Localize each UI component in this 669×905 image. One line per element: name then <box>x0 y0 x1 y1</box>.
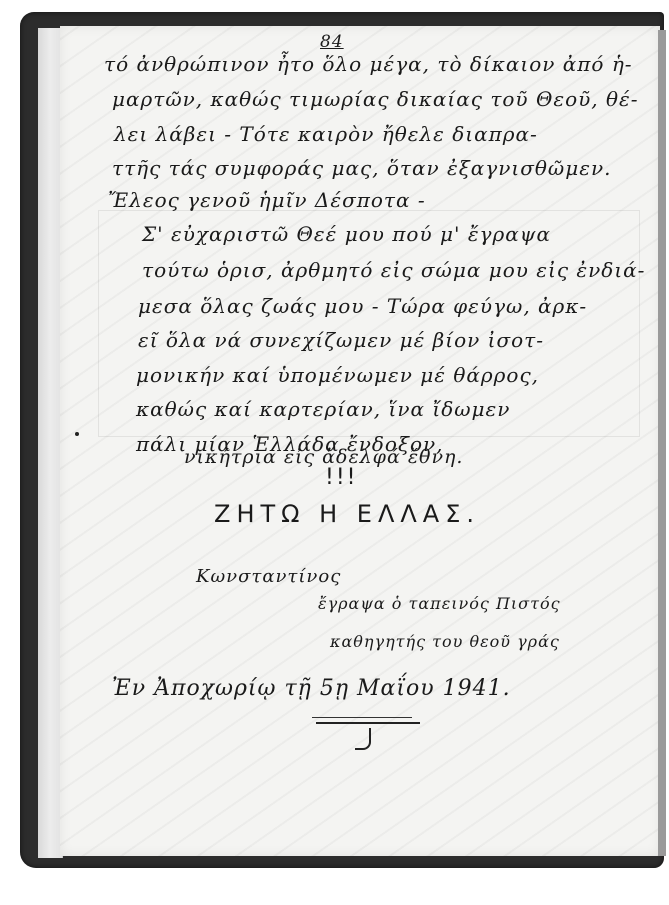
body-line: μαρτῶν, καθώς τιμωρίας δικαίας τοῦ Θεοῦ,… <box>112 87 639 111</box>
body-line: νικήτρια εἰς ἀδελφά ἔθνη. <box>184 446 463 468</box>
body-line: Σ' εὐχαριστῶ Θεέ μου πού μ' ἔγραψα <box>142 222 551 246</box>
signature-line-1: ἔγραψα ὁ ταπεινός Πιστός <box>318 594 561 613</box>
closing-flourish <box>355 728 371 750</box>
closing-rule <box>312 717 412 718</box>
body-line: μονικήν καί ὑπομένωμεν μέ θάρρος, <box>136 363 539 387</box>
page-edge <box>658 30 666 856</box>
body-line: Ἔλεος γενοῦ ἡμῖν Δέσποτα - <box>108 188 426 212</box>
exclamation-marks: !!! <box>325 465 357 490</box>
body-line: τούτω ὁρισ, ἀρθμητό εἰς σώμα μου εἰς ἐνδ… <box>142 258 645 282</box>
body-line: καθώς καί καρτερίαν, ἵνα ἴδωμεν <box>136 397 510 421</box>
page-number: 84 <box>320 32 344 52</box>
signature-line-2: καθηγητής του θεοῦ γράς <box>330 632 560 651</box>
ink-dot <box>75 432 79 436</box>
body-line: εῖ ὅλα νά συνεχίζωμεν μέ βίον ἰσοτ- <box>138 328 544 352</box>
body-line: τό ἀνθρώπινον ἦτο ὅλο μέγα, τὸ δίκαιον ἀ… <box>104 52 633 76</box>
place-and-date: Ἐν Ἀποχωρίῳ τῇ 5ῃ Μαΐου 1941. <box>112 676 511 701</box>
body-line: λει λάβει - Τότε καιρὸν ἤθελε διαπρα- <box>114 122 538 146</box>
closing-rule-thick <box>316 722 420 724</box>
heading-long-live-greece: ΖΗΤΩ Η ΕΛΛΑΣ. <box>214 500 480 528</box>
signature-name: Κωνσταντίνος <box>196 566 341 587</box>
body-line: ττῆς τάς συμφοράς μας, ὅταν ἐξαγνισθῶμεν… <box>112 156 611 180</box>
body-line: μεσα ὅλας ζωάς μου - Τώρα φεύγω, ἀρκ- <box>138 294 587 318</box>
